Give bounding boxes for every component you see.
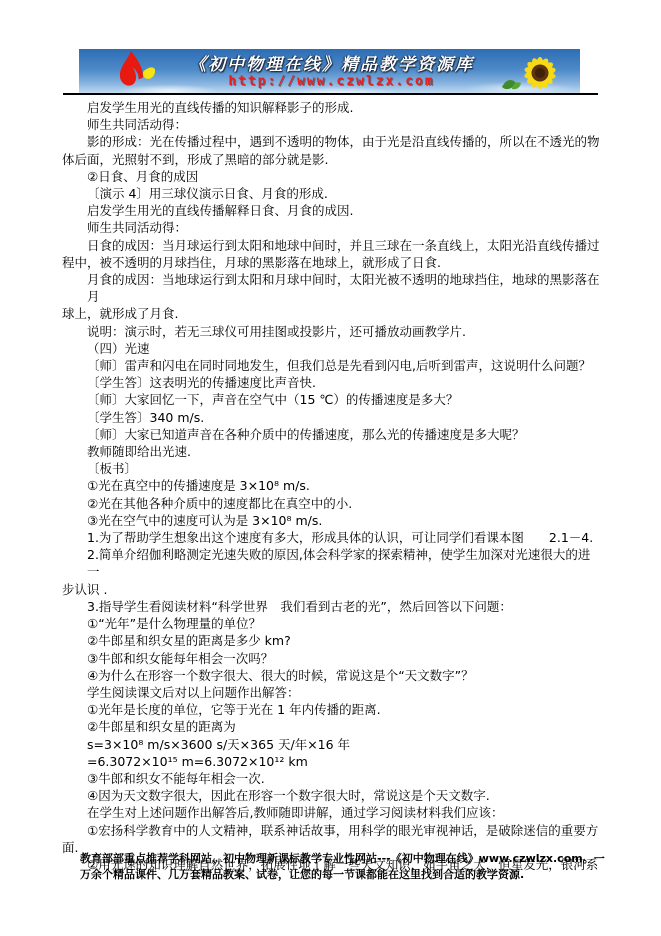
text-line: ①光年是长度的单位，它等于光在 1 年内传播的距离. (62, 701, 600, 718)
sunflower-icon (500, 49, 566, 95)
text-line: （四）光速 (62, 340, 600, 357)
document-body: 启发学生用光的直线传播的知识解释影子的形成.师生共同活动得：影的形成：光在传播过… (62, 99, 600, 873)
text-line: ③牛郎和织女能每年相会一次吗？ (62, 650, 600, 667)
site-banner: 《初中物理在线》精品教学资源库 http://www.czwlzx.com (79, 49, 580, 95)
text-line: 教师随即给出光速. (62, 443, 600, 460)
banner-text-block: 《初中物理在线》精品教学资源库 http://www.czwlzx.com (163, 55, 500, 88)
text-line: 〔学生答〕340 m/s. (62, 409, 600, 426)
footer-note: 教育部部重点推荐学科网站、初中物理新课标教学专业性网站---《初中物理在线》ww… (80, 851, 613, 883)
text-line: ②日食、月食的成因 (62, 168, 600, 185)
text-line: 〔演示 4〕用三球仪演示日食、月食的形成. (62, 185, 600, 202)
text-line: 启发学生用光的直线传播的知识解释影子的形成. (62, 99, 600, 116)
header-divider (63, 93, 598, 95)
text-line: 体后面，光照射不到，形成了黑暗的部分就是影. (62, 151, 600, 168)
text-line: 程中，被不透明的月球挡住，月球的黑影落在地球上，就形成了日食. (62, 254, 600, 271)
text-line: 学生阅读课文后对以上问题作出解答： (62, 684, 600, 701)
site-title: 《初中物理在线》精品教学资源库 (163, 57, 500, 75)
document-page: 《初中物理在线》精品教学资源库 http://www.czwlzx.com (0, 0, 661, 936)
text-line: 步认识 . (62, 581, 600, 598)
text-line: 〔学生答〕这表明光的传播速度比声音快. (62, 374, 600, 391)
text-line: 〔板书〕 (62, 460, 600, 477)
text-line: ①宏扬科学教育中的人文精神，联系神话故事，用科学的眼光审视神话，是破除迷信的重要… (62, 822, 600, 839)
text-line: ②牛郎星和织女星的距离是多少 km? (62, 632, 600, 649)
flame-logo-icon (115, 50, 163, 94)
text-line: ③牛郎和织女不能每年相会一次. (62, 770, 600, 787)
text-line: ④因为天文数字很大，因此在形容一个数字很大时，常说这是个天文数字. (62, 787, 600, 804)
text-line: ②牛郎星和织女星的距离为 (62, 718, 600, 735)
text-line: 3.指导学生看阅读材料“科学世界 我们看到古老的光”，然后回答以下问题： (62, 598, 600, 615)
text-line: 日食的成因：当月球运行到太阳和地球中间时，并且三球在一条直线上，太阳光沿直线传播… (62, 237, 600, 254)
text-line: =6.3072×10¹⁵ m=6.3072×10¹² km (62, 753, 600, 770)
text-line: 说明：演示时，若无三球仪可用挂图或投影片，还可播放动画教学片. (62, 323, 600, 340)
text-line: 师生共同活动得： (62, 116, 600, 133)
text-line: ③光在空气中的速度可认为是 3×10⁸ m/s. (62, 512, 600, 529)
text-line: ①光在真空中的传播速度是 3×10⁸ m/s. (62, 477, 600, 494)
text-line: 师生共同活动得： (62, 219, 600, 236)
text-line: ④为什么在形容一个数字很大、很大的时候，常说这是个“天文数字”？ (62, 667, 600, 684)
text-line: ①“光年”是什么物理量的单位？ (62, 615, 600, 632)
text-line: s=3×10⁸ m/s×3600 s/天×365 天/年×16 年 (62, 736, 600, 753)
text-line: 影的形成：光在传播过程中，遇到不透明的物体，由于光是沿直线传播的，所以在不透光的… (62, 133, 600, 150)
text-line: 启发学生用光的直线传播解释日食、月食的成因. (62, 202, 600, 219)
text-line: 〔师〕大家回忆一下，声音在空气中（15 ℃）的传播速度是多大？ (62, 391, 600, 408)
site-url: http://www.czwlzx.com (163, 75, 500, 89)
text-line: 月食的成因：当地球运行到太阳和月球中间时，太阳光被不透明的地球挡住，地球的黑影落… (62, 271, 600, 305)
text-line: 〔师〕雷声和闪电在同时同地发生，但我们总是先看到闪电,后听到雷声，这说明什么问题… (62, 357, 600, 374)
text-line: 2.简单介绍伽利略测定光速失败的原因,体会科学家的探索精神，使学生加深对光速很大… (62, 546, 600, 580)
text-line: 在学生对上述问题作出解答后,教师随即讲解，通过学习阅读材料我们应该： (62, 804, 600, 821)
text-line: 〔师〕大家已知道声音在各种介质中的传播速度，那么光的传播速度是多大呢？ (62, 426, 600, 443)
text-line: 1.为了帮助学生想象出这个速度有多大，形成具体的认识，可让同学们看课本图 2.1… (62, 529, 600, 546)
text-line: 球上，就形成了月食. (62, 305, 600, 322)
text-line: ②光在其他各种介质中的速度都比在真空中的小. (62, 495, 600, 512)
